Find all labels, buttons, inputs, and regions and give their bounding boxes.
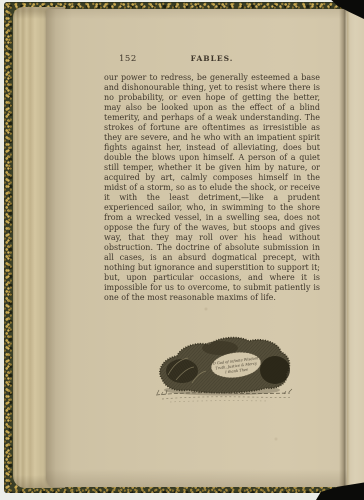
printed-content: 152 FABLES. our power to redress, be gen… — [104, 54, 320, 408]
foliage-clump-right — [260, 356, 290, 384]
page-header: 152 FABLES. — [104, 54, 320, 65]
vignette-illustration: O God of infinite Wisdom Truth, Justice … — [148, 333, 298, 408]
running-title: FABLES. — [104, 54, 320, 63]
book: 152 FABLES. our power to redress, be gen… — [4, 2, 364, 493]
facing-page-sliver — [347, 9, 364, 487]
book-page: 152 FABLES. our power to redress, be gen… — [46, 9, 364, 487]
engraved-bush-vignette: O God of infinite Wisdom Truth, Justice … — [148, 333, 298, 408]
body-text: our power to redress, be generally estee… — [104, 73, 320, 303]
ground-line-2 — [162, 397, 290, 399]
page-fold-crease — [339, 9, 347, 487]
ground-line-3 — [170, 401, 268, 402]
scanned-book-photo: 152 FABLES. our power to redress, be gen… — [0, 0, 364, 500]
foliage-clump-left-texture — [166, 359, 198, 383]
